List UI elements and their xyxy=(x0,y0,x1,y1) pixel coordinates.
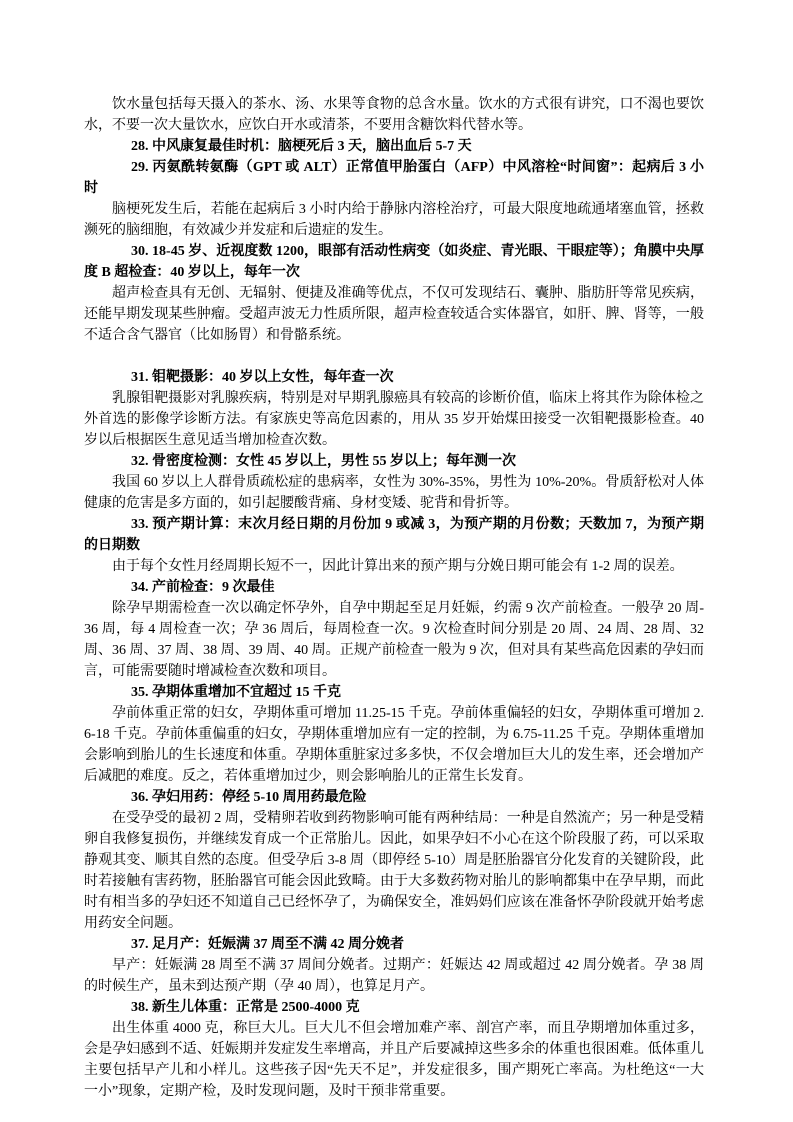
paragraph: 出生体重 4000 克，称巨大儿。巨大儿不但会增加难产率、剖宫产率，而且孕期增加… xyxy=(84,1018,704,1102)
section-heading: 36. 孕妇用药：停经 5-10 周用药最危险 xyxy=(84,787,704,808)
paragraph: 超声检查具有无创、无辐射、便捷及准确等优点，不仅可发现结石、囊肿、脂肪肝等常见疾… xyxy=(84,283,704,346)
paragraph: 早产：妊娠满 28 周至不满 37 周间分娩者。过期产：妊娠达 42 周或超过 … xyxy=(84,955,704,997)
section-heading: 33. 预产期计算：末次月经日期的月份加 9 或减 3，为预产期的月份数；天数加… xyxy=(84,514,704,556)
document-body: 饮水量包括每天摄入的茶水、汤、水果等食物的总含水量。饮水的方式很有讲究，口不渴也… xyxy=(84,94,704,1102)
section-heading: 35. 孕期体重增加不宜超过 15 千克 xyxy=(84,682,704,703)
section-heading: 37. 足月产：妊娠满 37 周至不满 42 周分娩者 xyxy=(84,934,704,955)
paragraph: 在受孕受的最初 2 周，受精卵若收到药物影响可能有两种结局：一种是自然流产；另一… xyxy=(84,808,704,934)
blank-line xyxy=(84,346,704,367)
section-heading: 30. 18-45 岁、近视度数 1200，眼部有活动性病变（如炎症、青光眼、干… xyxy=(84,241,704,283)
paragraph: 乳腺钼靶摄影对乳腺疾病，特别是对早期乳腺癌具有较高的诊断价值，临床上将其作为除体… xyxy=(84,388,704,451)
section-heading: 31. 钼靶摄影：40 岁以上女性，每年查一次 xyxy=(84,367,704,388)
paragraph: 除孕早期需检查一次以确定怀孕外，自孕中期起至足月妊娠，约需 9 次产前检查。一般… xyxy=(84,598,704,682)
paragraph: 我国 60 岁以上人群骨质疏松症的患病率，女性为 30%-35%，男性为 10%… xyxy=(84,472,704,514)
document-page: 饮水量包括每天摄入的茶水、汤、水果等食物的总含水量。饮水的方式很有讲究，口不渴也… xyxy=(0,0,793,1122)
paragraph: 孕前体重正常的妇女，孕期体重可增加 11.25-15 千克。孕前体重偏轻的妇女，… xyxy=(84,703,704,787)
paragraph: 饮水量包括每天摄入的茶水、汤、水果等食物的总含水量。饮水的方式很有讲究，口不渴也… xyxy=(84,94,704,136)
section-heading: 34. 产前检查：9 次最佳 xyxy=(84,577,704,598)
section-heading: 29. 丙氨酰转氨酶（GPT 或 ALT）正常值甲胎蛋白（AFP）中风溶栓“时间… xyxy=(84,157,704,199)
paragraph: 由于每个女性月经周期长短不一，因此计算出来的预产期与分娩日期可能会有 1-2 周… xyxy=(84,556,704,577)
section-heading: 32. 骨密度检测：女性 45 岁以上，男性 55 岁以上；每年测一次 xyxy=(84,451,704,472)
section-heading: 38. 新生儿体重：正常是 2500-4000 克 xyxy=(84,997,704,1018)
paragraph: 脑梗死发生后，若能在起病后 3 小时内给于静脉内溶栓治疗，可最大限度地疏通堵塞血… xyxy=(84,199,704,241)
section-heading: 28. 中风康复最佳时机：脑梗死后 3 天，脑出血后 5-7 天 xyxy=(84,136,704,157)
